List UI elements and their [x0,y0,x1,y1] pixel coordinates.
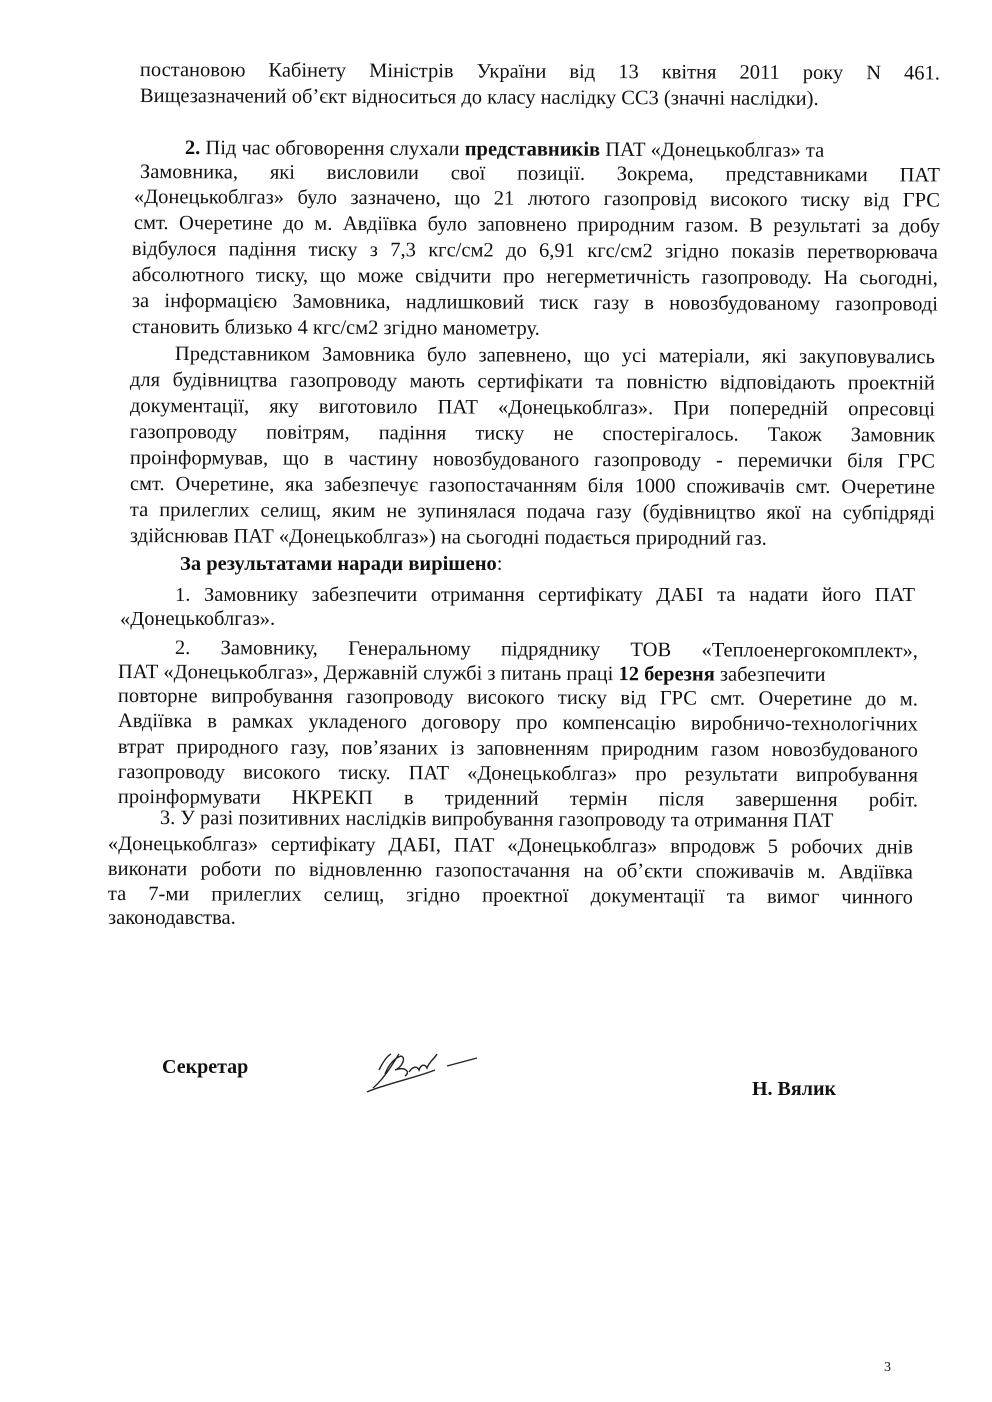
text-line: становить близько 4 кгс/см2 згідно маном… [132,315,540,341]
text-span: ПАТ «Донецькоблгаз» та [600,139,824,162]
text-line: постановою Кабінету Міністрів України ві… [140,58,940,85]
text-span: ПАТ «Донецькоблгаз», Державній службі з … [118,661,619,685]
text-line: смт. Очеретине до м. Авдіївка було запов… [134,211,940,239]
text-line: за інформацією Замовника, надлишковий ти… [132,289,938,317]
text-line: газопроводу повітрям, падіння тиску не с… [130,420,935,448]
text-line: «Донецькоблгаз». [120,607,275,631]
heading-colon: : [497,553,503,575]
text-line: Вищезазначений об’єкт відноситься до кла… [140,84,819,111]
text-line: проінформував, що в частину новозбудован… [130,446,935,474]
text-line: 1. Замовнику забезпечити отримання серти… [175,583,915,607]
text-line: втрат природного газу, пов’язаних із зап… [118,735,918,762]
text-line: 2. Замовнику, Генеральному підряднику ТО… [175,636,918,663]
document-page: постановою Кабінету Міністрів України ві… [0,0,992,1402]
text-line: відбулося падіння тиску з 7,3 кгс/см2 до… [132,237,938,265]
text-line: для будівництва газопроводу мають сертиф… [130,368,935,396]
handwritten-signature-icon [365,1048,485,1098]
text-span: Під час обговорення слухали [200,137,465,160]
heading-text: За результатами наради вирішено [180,553,497,575]
text-line: Представником Замовника було запевнено, … [175,342,935,369]
text-line: документації, яку виготовило ПАТ «Донець… [130,394,935,422]
text-line: та прилеглих селищ, яким не зупинялася п… [130,498,935,526]
text-line: здійснював ПАТ «Донецькоблгаз») на сього… [130,524,767,551]
text-line: «Донецькоблгаз» сертифікату ДАБІ, ПАТ «Д… [108,832,913,860]
text-line: ПАТ «Донецькоблгаз», Державній службі з … [118,660,918,687]
page-number: 3 [884,1360,891,1376]
text-line: газопроводу високого тиску. ПАТ «Донецьк… [118,760,918,787]
section-heading: За результатами наради вирішено: [180,552,502,576]
text-span: забезпечити [715,664,826,686]
text-line: абсолютного тиску, що може свідчити про … [132,263,938,291]
text-line: 3. У разі позитивних наслідків випробува… [160,806,834,833]
text-line: смт. Очеретине, яка забезпечує газопоста… [130,472,935,500]
bold-text: представників [465,138,600,161]
item-number: 2. [185,137,200,159]
text-line: повторне випробування газопроводу високо… [118,684,918,711]
signatory-name: Н. Вялик [752,1078,836,1101]
text-line: «Донецькоблгаз» було зазначено, що 21 лю… [134,185,940,213]
text-line: Авдіївка в рамках укладеного договору пр… [118,709,918,736]
text-line: 2. Під час обговорення слухали представн… [185,136,940,163]
text-line: законодавства. [108,906,236,930]
text-line: виконати роботи по відновленню газопоста… [108,857,913,885]
bold-date: 12 березня [618,663,714,685]
text-line: Замовника, які висловили свої позиції. З… [140,160,940,187]
signatory-role: Секретар [162,1056,248,1079]
